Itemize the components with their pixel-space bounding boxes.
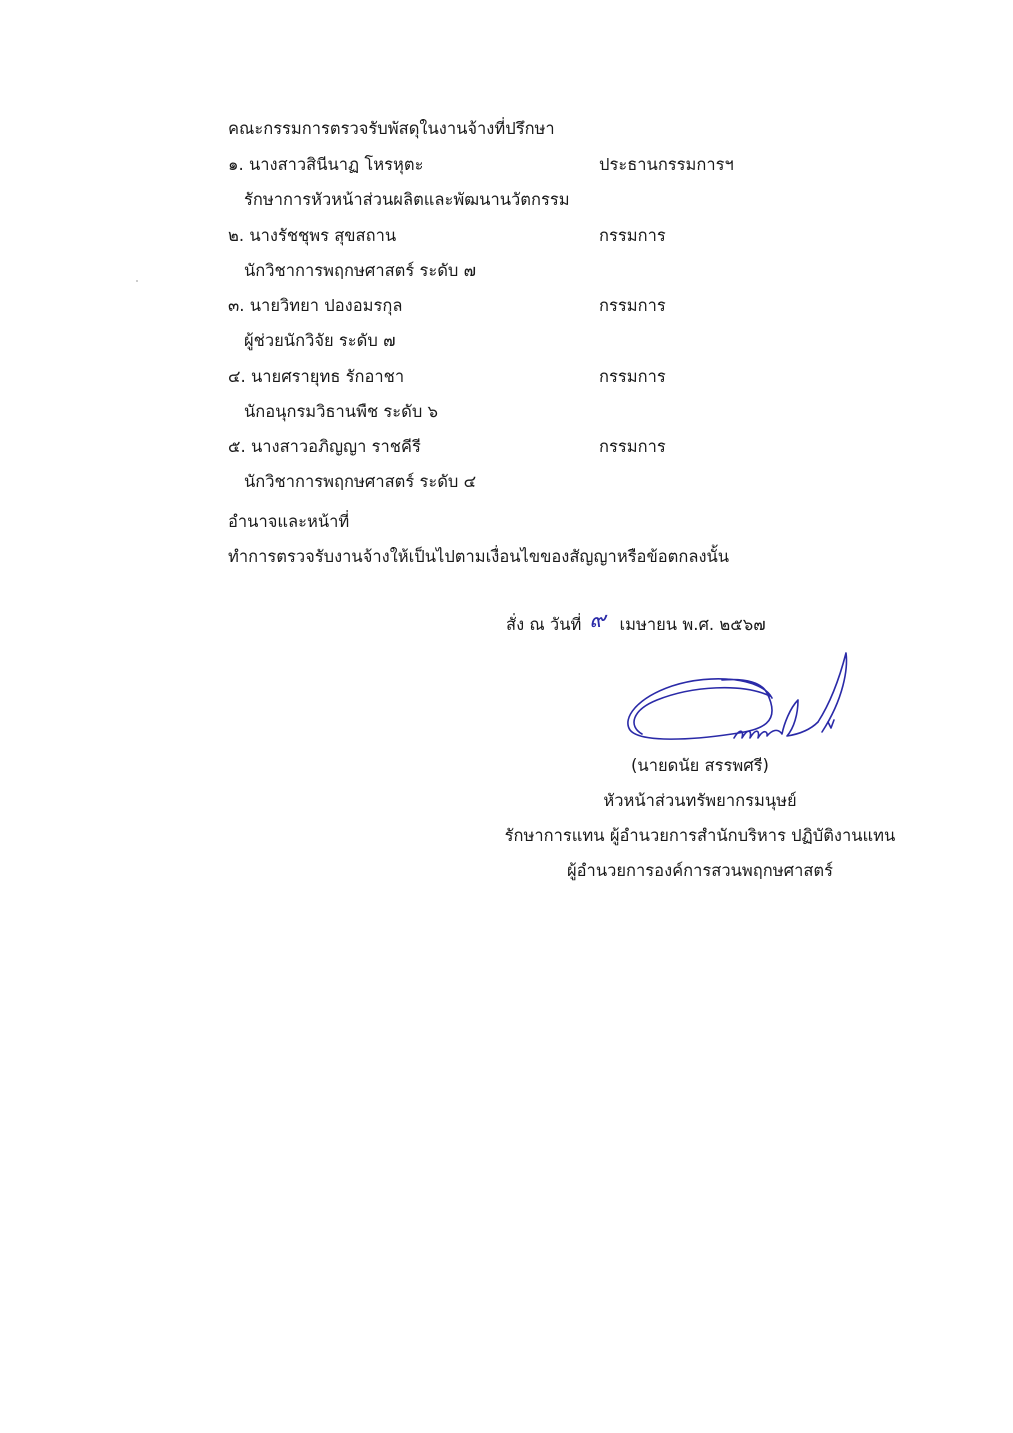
member-4-role: กรรมการ <box>599 365 666 389</box>
order-date: สั่ง ณ วันที่๙เมษายน พ.ศ. ๒๕๖๗ <box>506 612 766 637</box>
member-4-name: ๔. นายศรายุทธ รักอาชา <box>228 365 404 389</box>
committee-heading: คณะกรรมการตรวจรับพัสดุในงานจ้างที่ปรึกษา <box>228 117 555 141</box>
handwritten-signature-icon <box>622 648 852 748</box>
member-3-position: ผู้ช่วยนักวิจัย ระดับ ๗ <box>244 329 395 353</box>
duty-title: อำนาจและหน้าที่ <box>228 510 349 534</box>
date-prefix: สั่ง ณ วันที่ <box>506 615 581 634</box>
duty-text: ทำการตรวจรับงานจ้างให้เป็นไปตามเงื่อนไขข… <box>228 545 729 569</box>
member-4-position: นักอนุกรมวิธานพืช ระดับ ๖ <box>244 400 438 424</box>
member-3-role: กรรมการ <box>599 294 666 318</box>
member-2-name: ๒. นางรัชชุพร สุขสถาน <box>228 224 396 248</box>
member-5-name: ๕. นางสาวอภิญญา ราชคีรี <box>228 435 421 459</box>
member-1-position: รักษาการหัวหน้าส่วนผลิตและพัฒนานวัตกรรม <box>244 188 570 212</box>
date-day-handwritten: ๙ <box>589 609 605 633</box>
signer-title-line-3: ผู้อำนวยการองค์การสวนพฤกษศาสตร์ <box>480 859 920 883</box>
date-suffix: เมษายน พ.ศ. ๒๕๖๗ <box>619 615 765 634</box>
signer-title-line-2: รักษาการแทน ผู้อำนวยการสำนักบริหาร ปฏิบั… <box>480 824 920 848</box>
signer-name: (นายดนัย สรรพศรี) <box>480 754 920 778</box>
member-5-role: กรรมการ <box>599 435 666 459</box>
scan-speck <box>136 280 138 282</box>
member-1-name: ๑. นางสาวสินีนาฏ โหรหุตะ <box>228 153 423 177</box>
signer-title-line-1: หัวหน้าส่วนทรัพยากรมนุษย์ <box>480 789 920 813</box>
member-5-position: นักวิชาการพฤกษศาสตร์ ระดับ ๔ <box>244 470 476 494</box>
member-2-role: กรรมการ <box>599 224 666 248</box>
member-2-position: นักวิชาการพฤกษศาสตร์ ระดับ ๗ <box>244 259 476 283</box>
member-3-name: ๓. นายวิทยา ปองอมรกุล <box>228 294 403 318</box>
document-page: คณะกรรมการตรวจรับพัสดุในงานจ้างที่ปรึกษา… <box>0 0 1013 1433</box>
member-1-role: ประธานกรรมการฯ <box>599 153 734 177</box>
